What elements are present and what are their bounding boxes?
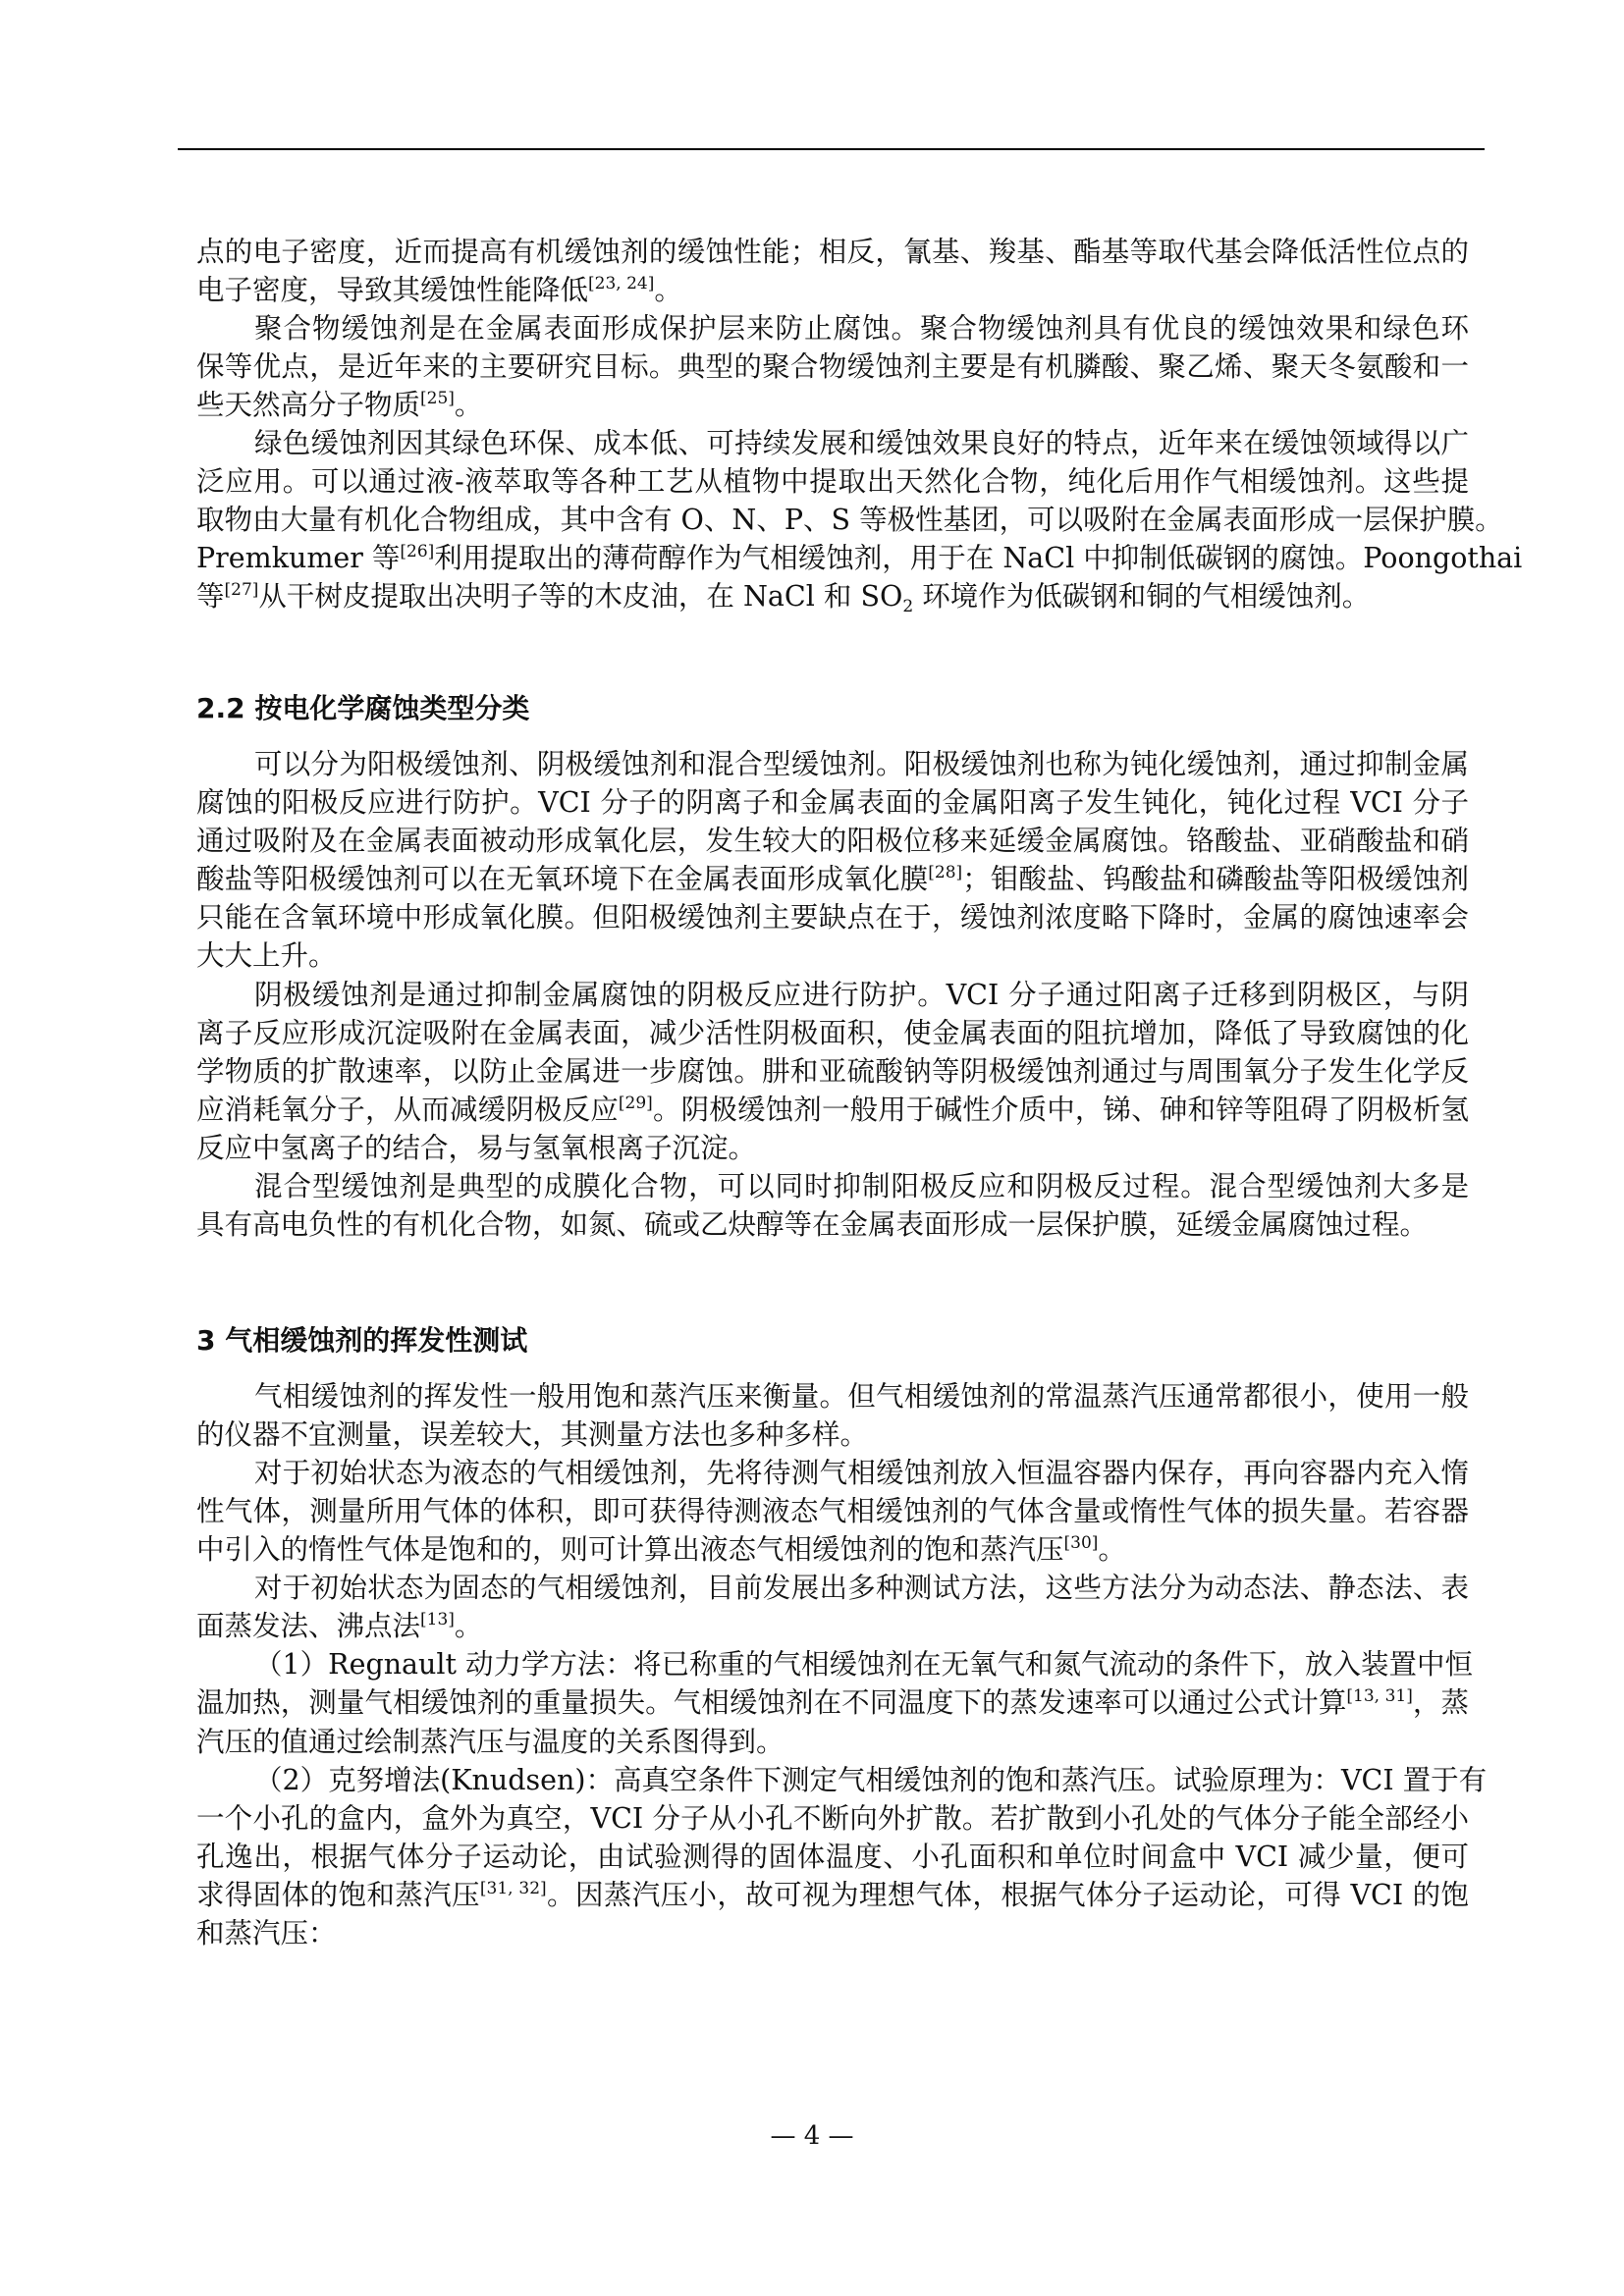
text-run: 气相缓蚀剂的挥发性一般用饱和蒸汽压来衡量。但气相缓蚀剂的常温蒸汽压通常都很小，使… — [254, 1380, 1469, 1413]
text-run: 具有高电负性的有机化合物，如氮、硫或乙炔醇等在金属表面形成一层保护膜，延缓金属腐… — [196, 1208, 1428, 1241]
text-line: 汽压的值通过绘制蒸汽压与温度的关系图得到。 — [196, 1723, 1469, 1761]
subscript: 2 — [902, 597, 913, 616]
text-run: 应消耗氧分子，从而减缓阴极反应 — [196, 1094, 619, 1126]
text-line: 泛应用。可以通过液-液萃取等各种工艺从植物中提取出天然化合物，纯化后用作气相缓蚀… — [196, 462, 1469, 501]
text-run: 面蒸发法、沸点法 — [196, 1610, 420, 1642]
text-line: 对于初始状态为液态的气相缓蚀剂，先将待测气相缓蚀剂放入恒温容器内保存，再向容器内… — [196, 1454, 1469, 1492]
text-line: 和蒸汽压： — [196, 1914, 1469, 1952]
text-line: 一个小孔的盒内，盒外为真空，VCI 分子从小孔不断向外扩散。若扩散到小孔处的气体… — [196, 1799, 1469, 1838]
text-line: 保等优点，是近年来的主要研究目标。典型的聚合物缓蚀剂主要是有机膦酸、聚乙烯、聚天… — [196, 347, 1469, 386]
citation-ref: [26] — [400, 542, 434, 561]
text-run: 学物质的扩散速率，以防止金属进一步腐蚀。肼和亚硫酸钠等阴极缓蚀剂通过与周围氧分子… — [196, 1055, 1469, 1088]
text-line: 求得固体的饱和蒸汽压[31, 32]。因蒸汽压小，故可视为理想气体，根据气体分子… — [196, 1876, 1469, 1914]
text-line: （1）Regnault 动力学方法：将已称重的气相缓蚀剂在无氧气和氮气流动的条件… — [196, 1645, 1469, 1683]
section-heading: 2.2 按电化学腐蚀类型分类 — [196, 689, 529, 728]
text-line: 电子密度，导致其缓蚀性能降低[23, 24]。 — [196, 271, 1469, 309]
text-run: 些天然高分子物质 — [196, 389, 420, 421]
text-run: 求得固体的饱和蒸汽压 — [196, 1879, 480, 1911]
page-number: — 4 — — [0, 2118, 1624, 2154]
text-line: 的仪器不宜测量，误差较大，其测量方法也多种多样。 — [196, 1415, 1469, 1454]
text-run: 阴极缓蚀剂是通过抑制金属腐蚀的阴极反应进行防护。VCI 分子通过阳离子迁移到阴极… — [254, 979, 1469, 1011]
text-run: 等 — [196, 580, 225, 613]
text-run: 对于初始状态为液态的气相缓蚀剂，先将待测气相缓蚀剂放入恒温容器内保存，再向容器内… — [254, 1457, 1469, 1489]
text-line: 只能在含氧环境中形成氧化膜。但阳极缓蚀剂主要缺点在于，缓蚀剂浓度略下降时，金属的… — [196, 898, 1469, 936]
text-run: 取物由大量有机化合物组成，其中含有 O、N、P、S 等极性基团，可以吸附在金属表… — [196, 504, 1503, 536]
text-run: 泛应用。可以通过液-液萃取等各种工艺从植物中提取出天然化合物，纯化后用作气相缓蚀… — [196, 465, 1469, 498]
text-run: 电子密度，导致其缓蚀性能降低 — [196, 274, 588, 306]
text-run: 。 — [455, 389, 483, 421]
text-line: 阴极缓蚀剂是通过抑制金属腐蚀的阴极反应进行防护。VCI 分子通过阳离子迁移到阴极… — [196, 976, 1469, 1014]
text-run: 腐蚀的阳极反应进行防护。VCI 分子的阴离子和金属表面的金属阳离子发生钝化，钝化… — [196, 786, 1469, 819]
text-run: 。 — [654, 274, 682, 306]
text-line: 些天然高分子物质[25]。 — [196, 386, 1469, 424]
text-line: 具有高电负性的有机化合物，如氮、硫或乙炔醇等在金属表面形成一层保护膜，延缓金属腐… — [196, 1205, 1469, 1244]
text-run: 。 — [455, 1610, 483, 1642]
text-run: 。 — [1098, 1533, 1126, 1566]
text-run: 性气体，测量所用气体的体积，即可获得待测液态气相缓蚀剂的气体含量或惰性气体的损失… — [196, 1495, 1469, 1527]
text-run: 点的电子密度，近而提高有机缓蚀剂的缓蚀性能；相反，氰基、羧基、酯基等取代基会降低… — [196, 236, 1469, 268]
text-line: 离子反应形成沉淀吸附在金属表面，减少活性阴极面积，使金属表面的阻抗增加，降低了导… — [196, 1014, 1469, 1052]
text-line: 气相缓蚀剂的挥发性一般用饱和蒸汽压来衡量。但气相缓蚀剂的常温蒸汽压通常都很小，使… — [196, 1377, 1469, 1415]
citation-ref: [23, 24] — [588, 274, 654, 294]
text-run: 孔逸出，根据气体分子运动论，由试验测得的固体温度、小孔面积和单位时间盒中 VCI… — [196, 1841, 1469, 1873]
citation-ref: [25] — [420, 389, 455, 408]
text-line: 温加热，测量气相缓蚀剂的重量损失。气相缓蚀剂在不同温度下的蒸发速率可以通过公式计… — [196, 1683, 1469, 1722]
text-run: 混合型缓蚀剂是典型的成膜化合物，可以同时抑制阳极反应和阴极反过程。混合型缓蚀剂大… — [254, 1170, 1469, 1202]
text-line: 点的电子密度，近而提高有机缓蚀剂的缓蚀性能；相反，氰基、羧基、酯基等取代基会降低… — [196, 233, 1469, 271]
text-run: ；钼酸盐、钨酸盐和磷酸盐等阳极缓蚀剂 — [962, 863, 1469, 895]
text-run: （2）克努增法(Knudsen)：高真空条件下测定气相缓蚀剂的饱和蒸汽压。试验原… — [254, 1764, 1487, 1796]
text-line: 孔逸出，根据气体分子运动论，由试验测得的固体温度、小孔面积和单位时间盒中 VCI… — [196, 1838, 1469, 1876]
text-line: 对于初始状态为固态的气相缓蚀剂，目前发展出多种测试方法，这些方法分为动态法、静态… — [196, 1569, 1469, 1607]
text-line: 通过吸附及在金属表面被动形成氧化层，发生较大的阳极位移来延缓金属腐蚀。铬酸盐、亚… — [196, 822, 1469, 860]
citation-ref: [13, 31] — [1346, 1686, 1412, 1706]
text-run: 反应中氢离子的结合，易与氢氧根离子沉淀。 — [196, 1132, 756, 1164]
text-line: （2）克努增法(Knudsen)：高真空条件下测定气相缓蚀剂的饱和蒸汽压。试验原… — [196, 1761, 1469, 1799]
text-run: 酸盐等阳极缓蚀剂可以在无氧环境下在金属表面形成氧化膜 — [196, 863, 928, 895]
text-run: 绿色缓蚀剂因其绿色环保、成本低、可持续发展和缓蚀效果良好的特点，近年来在缓蚀领域… — [254, 427, 1469, 459]
text-run: 的仪器不宜测量，误差较大，其测量方法也多种多样。 — [196, 1418, 868, 1451]
text-run: 可以分为阳极缓蚀剂、阴极缓蚀剂和混合型缓蚀剂。阳极缓蚀剂也称为钝化缓蚀剂，通过抑… — [254, 748, 1469, 780]
citation-ref: [13] — [420, 1610, 455, 1629]
text-line: 可以分为阳极缓蚀剂、阴极缓蚀剂和混合型缓蚀剂。阳极缓蚀剂也称为钝化缓蚀剂，通过抑… — [196, 745, 1469, 783]
text-run: 汽压的值通过绘制蒸汽压与温度的关系图得到。 — [196, 1726, 785, 1758]
text-line: 大大上升。 — [196, 936, 1469, 975]
text-line: Premkumer 等[26]利用提取出的薄荷醇作为气相缓蚀剂，用于在 NaCl… — [196, 539, 1469, 577]
text-line: 取物由大量有机化合物组成，其中含有 O、N、P、S 等极性基团，可以吸附在金属表… — [196, 501, 1469, 539]
text-run: 一个小孔的盒内，盒外为真空，VCI 分子从小孔不断向外扩散。若扩散到小孔处的气体… — [196, 1802, 1469, 1835]
citation-ref: [27] — [225, 580, 259, 600]
section-heading: 3 气相缓蚀剂的挥发性测试 — [196, 1321, 527, 1361]
citation-ref: [29] — [619, 1094, 653, 1113]
text-run: ，蒸 — [1413, 1686, 1469, 1719]
text-run: 对于初始状态为固态的气相缓蚀剂，目前发展出多种测试方法，这些方法分为动态法、静态… — [254, 1572, 1469, 1604]
text-run: 。因蒸汽压小，故可视为理想气体，根据气体分子运动论，可得 VCI 的饱 — [547, 1879, 1469, 1911]
text-line: 学物质的扩散速率，以防止金属进一步腐蚀。肼和亚硫酸钠等阴极缓蚀剂通过与周围氧分子… — [196, 1052, 1469, 1091]
text-line: 等[27]从干树皮提取出决明子等的木皮油，在 NaCl 和 SO2 环境作为低碳… — [196, 577, 1469, 615]
text-run: 利用提取出的薄荷醇作为气相缓蚀剂，用于在 NaCl 中抑制低碳钢的腐蚀。Poon… — [434, 542, 1522, 574]
text-line: 反应中氢离子的结合，易与氢氧根离子沉淀。 — [196, 1129, 1469, 1167]
text-run: 。阴极缓蚀剂一般用于碱性介质中，锑、砷和锌等阻碍了阴极析氢 — [653, 1094, 1469, 1126]
text-run: （1）Regnault 动力学方法：将已称重的气相缓蚀剂在无氧气和氮气流动的条件… — [254, 1648, 1473, 1681]
text-run: 聚合物缓蚀剂是在金属表面形成保护层来防止腐蚀。聚合物缓蚀剂具有优良的缓蚀效果和绿… — [254, 312, 1469, 345]
text-run: 中引入的惰性气体是饱和的，则可计算出液态气相缓蚀剂的饱和蒸汽压 — [196, 1533, 1064, 1566]
citation-ref: [31, 32] — [480, 1879, 547, 1898]
header-rule — [178, 148, 1485, 150]
text-line: 绿色缓蚀剂因其绿色环保、成本低、可持续发展和缓蚀效果良好的特点，近年来在缓蚀领域… — [196, 424, 1469, 462]
text-line: 混合型缓蚀剂是典型的成膜化合物，可以同时抑制阳极反应和阴极反过程。混合型缓蚀剂大… — [196, 1167, 1469, 1205]
text-line: 腐蚀的阳极反应进行防护。VCI 分子的阴离子和金属表面的金属阳离子发生钝化，钝化… — [196, 783, 1469, 822]
citation-ref: [30] — [1064, 1533, 1099, 1553]
text-run: 环境作为低碳钢和铜的气相缓蚀剂。 — [913, 580, 1370, 613]
text-run: 只能在含氧环境中形成氧化膜。但阳极缓蚀剂主要缺点在于，缓蚀剂浓度略下降时，金属的… — [196, 901, 1469, 934]
text-line: 面蒸发法、沸点法[13]。 — [196, 1607, 1469, 1645]
text-line: 应消耗氧分子，从而减缓阴极反应[29]。阴极缓蚀剂一般用于碱性介质中，锑、砷和锌… — [196, 1091, 1469, 1129]
text-run: Premkumer 等 — [196, 542, 400, 574]
text-run: 离子反应形成沉淀吸附在金属表面，减少活性阴极面积，使金属表面的阻抗增加，降低了导… — [196, 1017, 1469, 1049]
text-run: 大大上升。 — [196, 939, 337, 972]
text-run: 温加热，测量气相缓蚀剂的重量损失。气相缓蚀剂在不同温度下的蒸发速率可以通过公式计… — [196, 1686, 1346, 1719]
text-line: 酸盐等阳极缓蚀剂可以在无氧环境下在金属表面形成氧化膜[28]；钼酸盐、钨酸盐和磷… — [196, 860, 1469, 898]
text-run: 保等优点，是近年来的主要研究目标。典型的聚合物缓蚀剂主要是有机膦酸、聚乙烯、聚天… — [196, 350, 1469, 383]
text-line: 性气体，测量所用气体的体积，即可获得待测液态气相缓蚀剂的气体含量或惰性气体的损失… — [196, 1492, 1469, 1530]
text-line: 中引入的惰性气体是饱和的，则可计算出液态气相缓蚀剂的饱和蒸汽压[30]。 — [196, 1530, 1469, 1569]
text-run: 从干树皮提取出决明子等的木皮油，在 NaCl 和 SO — [258, 580, 902, 613]
text-run: 和蒸汽压： — [196, 1917, 337, 1949]
text-run: 通过吸附及在金属表面被动形成氧化层，发生较大的阳极位移来延缓金属腐蚀。铬酸盐、亚… — [196, 825, 1469, 857]
text-line: 聚合物缓蚀剂是在金属表面形成保护层来防止腐蚀。聚合物缓蚀剂具有优良的缓蚀效果和绿… — [196, 309, 1469, 347]
citation-ref: [28] — [928, 863, 962, 882]
